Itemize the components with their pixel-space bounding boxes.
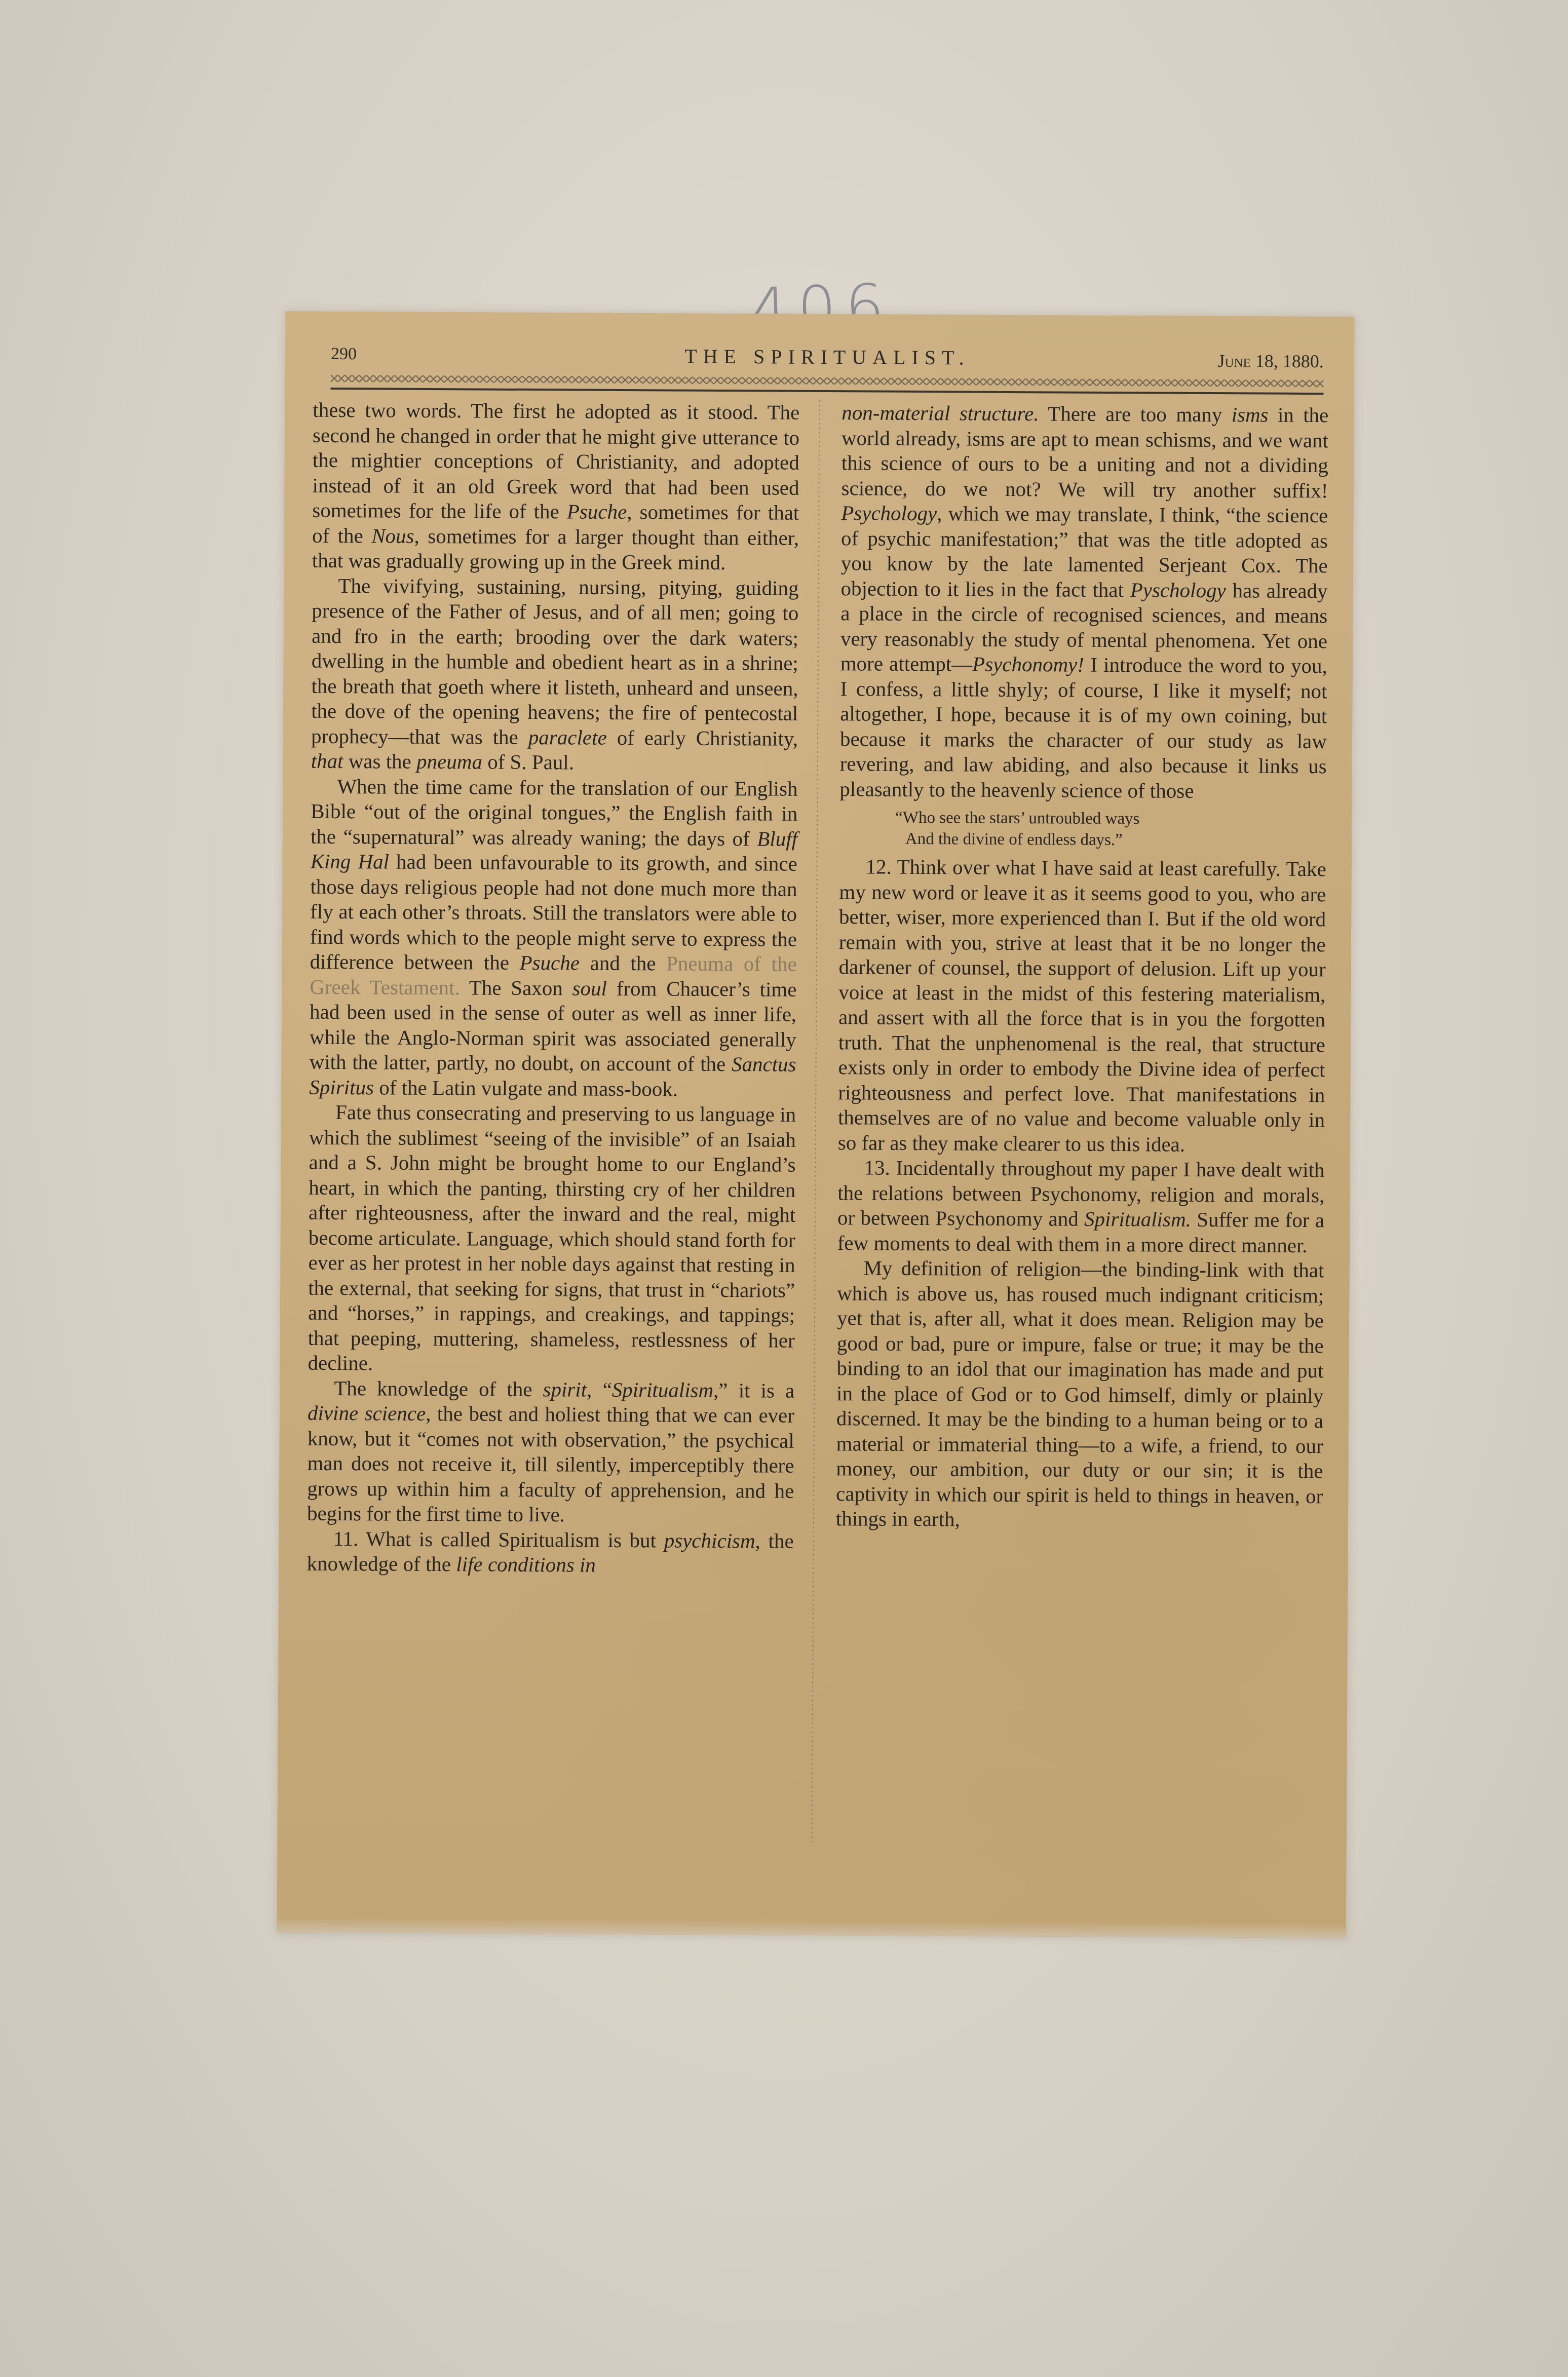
newspaper-clipping: 290 THE SPIRITUALIST. June 18, 1880. the… <box>277 311 1355 1938</box>
quote-line: And the divine of endless days.” <box>895 828 1326 852</box>
paragraph: When the time came for the translation o… <box>309 774 797 1102</box>
left-column: these two words. The first he adopted as… <box>305 398 814 1844</box>
issue-date: June 18, 1880. <box>1217 350 1324 372</box>
torn-bottom-edge <box>277 1917 1346 1938</box>
publication-title: THE SPIRITUALIST. <box>331 342 1324 371</box>
quote-line: “Who see the stars’ untroubled ways <box>895 807 1326 830</box>
paragraph-section-11: 11. What is called Spiritualism is but p… <box>307 1526 794 1579</box>
paragraph: The vivifying, sustaining, nursing, pity… <box>311 573 799 776</box>
right-column: non-material structure. There are too ma… <box>817 400 1329 1847</box>
paragraph: Fate thus consecrating and preserving to… <box>308 1100 796 1378</box>
paragraph: The knowledge of the spirit, “Spirituali… <box>307 1375 795 1528</box>
paragraph-section-12: 12. Think over what I have said at least… <box>838 854 1326 1158</box>
paragraph: non-material structure. There are too ma… <box>839 400 1328 804</box>
paragraph: these two words. The first he adopted as… <box>312 398 800 576</box>
paragraph-section-13: 13. Incidentally throughout my paper I h… <box>837 1155 1325 1258</box>
verse-quote: “Who see the stars’ untroubled ways And … <box>895 807 1326 852</box>
article-columns: these two words. The first he adopted as… <box>305 398 1329 1847</box>
paragraph: My definition of religion—the binding-li… <box>836 1255 1324 1534</box>
